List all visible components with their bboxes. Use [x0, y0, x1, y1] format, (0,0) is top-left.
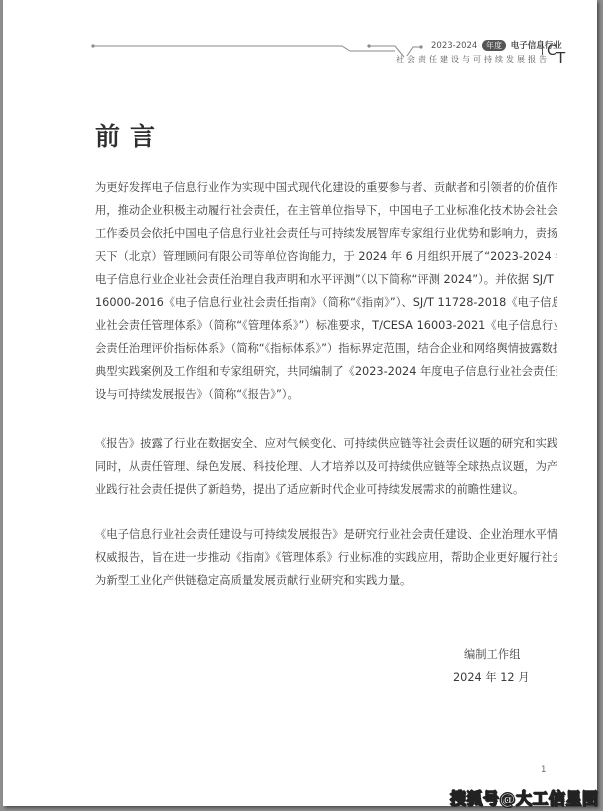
- text-line: 为新型工业化产供链稳定高质量发展贡献行业研究和实践力量。: [95, 569, 557, 592]
- text-line: 电子信息行业企业社会责任治理自我声明和水平评测”（以下简称“评测 2024”）。…: [95, 268, 557, 291]
- text-line: 用，推动企业积极主动履行社会责任，在主管单位指导下，中国电子工业标准化技术协会社…: [95, 199, 557, 222]
- paragraph-2: 《报告》披露了行业在数据安全、应对气候变化、可持续供应链等社会责任议题的研究和实…: [95, 432, 557, 501]
- text-line: 业社会责任管理体系》（简称“《管理体系》”）标准要求，T/CESA 16003-…: [95, 314, 557, 337]
- text-line: 为更好发挥电子信息行业作为实现中国式现代化建设的重要参与者、贡献者和引领者的价值…: [95, 176, 557, 199]
- text-line: 业践行社会责任提供了新趋势，提出了适应新时代企业可持续发展需求的前瞻性建议。: [95, 478, 557, 501]
- text-line: 同时，从责任管理、绿色发展、科技伦理、人才培养以及可持续供应链等全球热点议题，为…: [95, 455, 557, 478]
- text-line: 权威报告，旨在进一步推动《指南》《管理体系》行业标准的实践应用，帮助企业更好履行…: [95, 546, 557, 569]
- logo-letter-t: T: [556, 50, 565, 67]
- text-line: 《电子信息行业社会责任建设与可持续发展报告》是研究行业社会责任建设、企业治理水平…: [95, 523, 557, 546]
- signature-author: 编制工作组: [464, 646, 521, 662]
- year-badge: 年度: [482, 40, 506, 51]
- page-number: 1: [541, 765, 546, 775]
- text-line: 16000-2016《电子信息行业社会责任指南》（简称“《指南》”）、SJ/T …: [95, 291, 557, 314]
- watermark: 搜狐号@大工信星图: [450, 786, 599, 809]
- text-line: 会责任治理评价指标体系》（简称“《指标体系》”）指标界定范围，结合企业和网络舆情…: [95, 337, 557, 360]
- logo-letter-i: I: [540, 40, 545, 60]
- text-line: 《报告》披露了行业在数据安全、应对气候变化、可持续供应链等社会责任议题的研究和实…: [95, 432, 557, 455]
- text-line: 天下（北京）管理顾问有限公司等单位咨询能力，于 2024 年 6 月组织开展了“…: [95, 245, 557, 268]
- signature-date: 2024 年 12 月: [453, 669, 530, 685]
- page-title: 前言: [95, 117, 165, 153]
- report-header-subtitle: 社会责任建设与可持续发展报告: [396, 54, 550, 65]
- text-line: 典型实践案例及工作组和专家组研究，共同编制了《2023-2024 年度电子信息行…: [95, 360, 557, 383]
- text-line: 工作委员会依托中国电子信息行业社会责任与可持续发展智库专家组行业优势和影响力，责…: [95, 222, 557, 245]
- document-page: 2023-2024 年度 电子信息行业 社会责任建设与可持续发展报告 I C T…: [3, 0, 597, 806]
- paragraph-1: 为更好发挥电子信息行业作为实现中国式现代化建设的重要参与者、贡献者和引领者的价值…: [95, 176, 557, 406]
- text-line: 设与可持续发展报告》（简称“《报告》”）。: [95, 383, 557, 406]
- report-years: 2023-2024: [431, 41, 477, 51]
- ict-logo: I C T: [540, 40, 570, 70]
- paragraph-3: 《电子信息行业社会责任建设与可持续发展报告》是研究行业社会责任建设、企业治理水平…: [95, 523, 557, 592]
